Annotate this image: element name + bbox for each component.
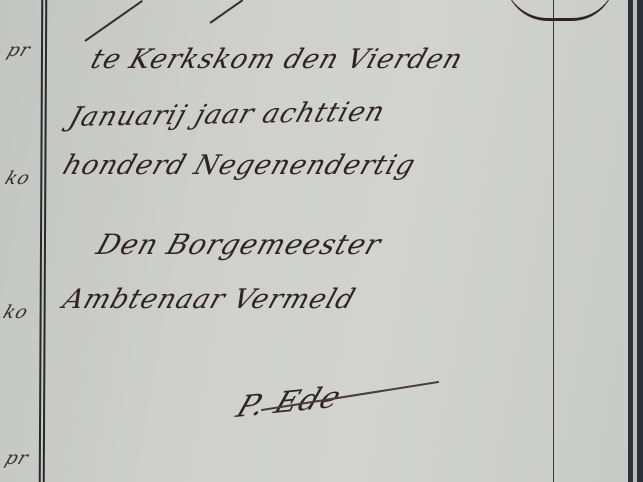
body-line: Ambtenaar Vermeld bbox=[59, 284, 360, 315]
margin-note: ko bbox=[0, 302, 31, 323]
column-rule bbox=[553, 0, 554, 482]
margin-note: pr bbox=[4, 40, 34, 61]
page-edge-highlight bbox=[633, 0, 637, 482]
ink-flourish bbox=[505, 0, 615, 21]
margin-rule bbox=[43, 0, 47, 482]
body-line: Den Borgemeester bbox=[93, 228, 386, 261]
signature: P. Ede bbox=[232, 380, 347, 425]
ink-stroke bbox=[209, 0, 243, 24]
body-line: honderd Negenendertig bbox=[59, 150, 420, 181]
body-line: te Kerkskom den Vierden bbox=[87, 44, 467, 75]
document-page: pr ko ko pr te Kerkskom den Vierden Janu… bbox=[0, 0, 643, 482]
margin-note: ko bbox=[2, 168, 33, 189]
ink-stroke bbox=[84, 0, 142, 42]
body-line: Januarij jaar achttien bbox=[65, 97, 389, 133]
margin-note: pr bbox=[2, 448, 32, 469]
